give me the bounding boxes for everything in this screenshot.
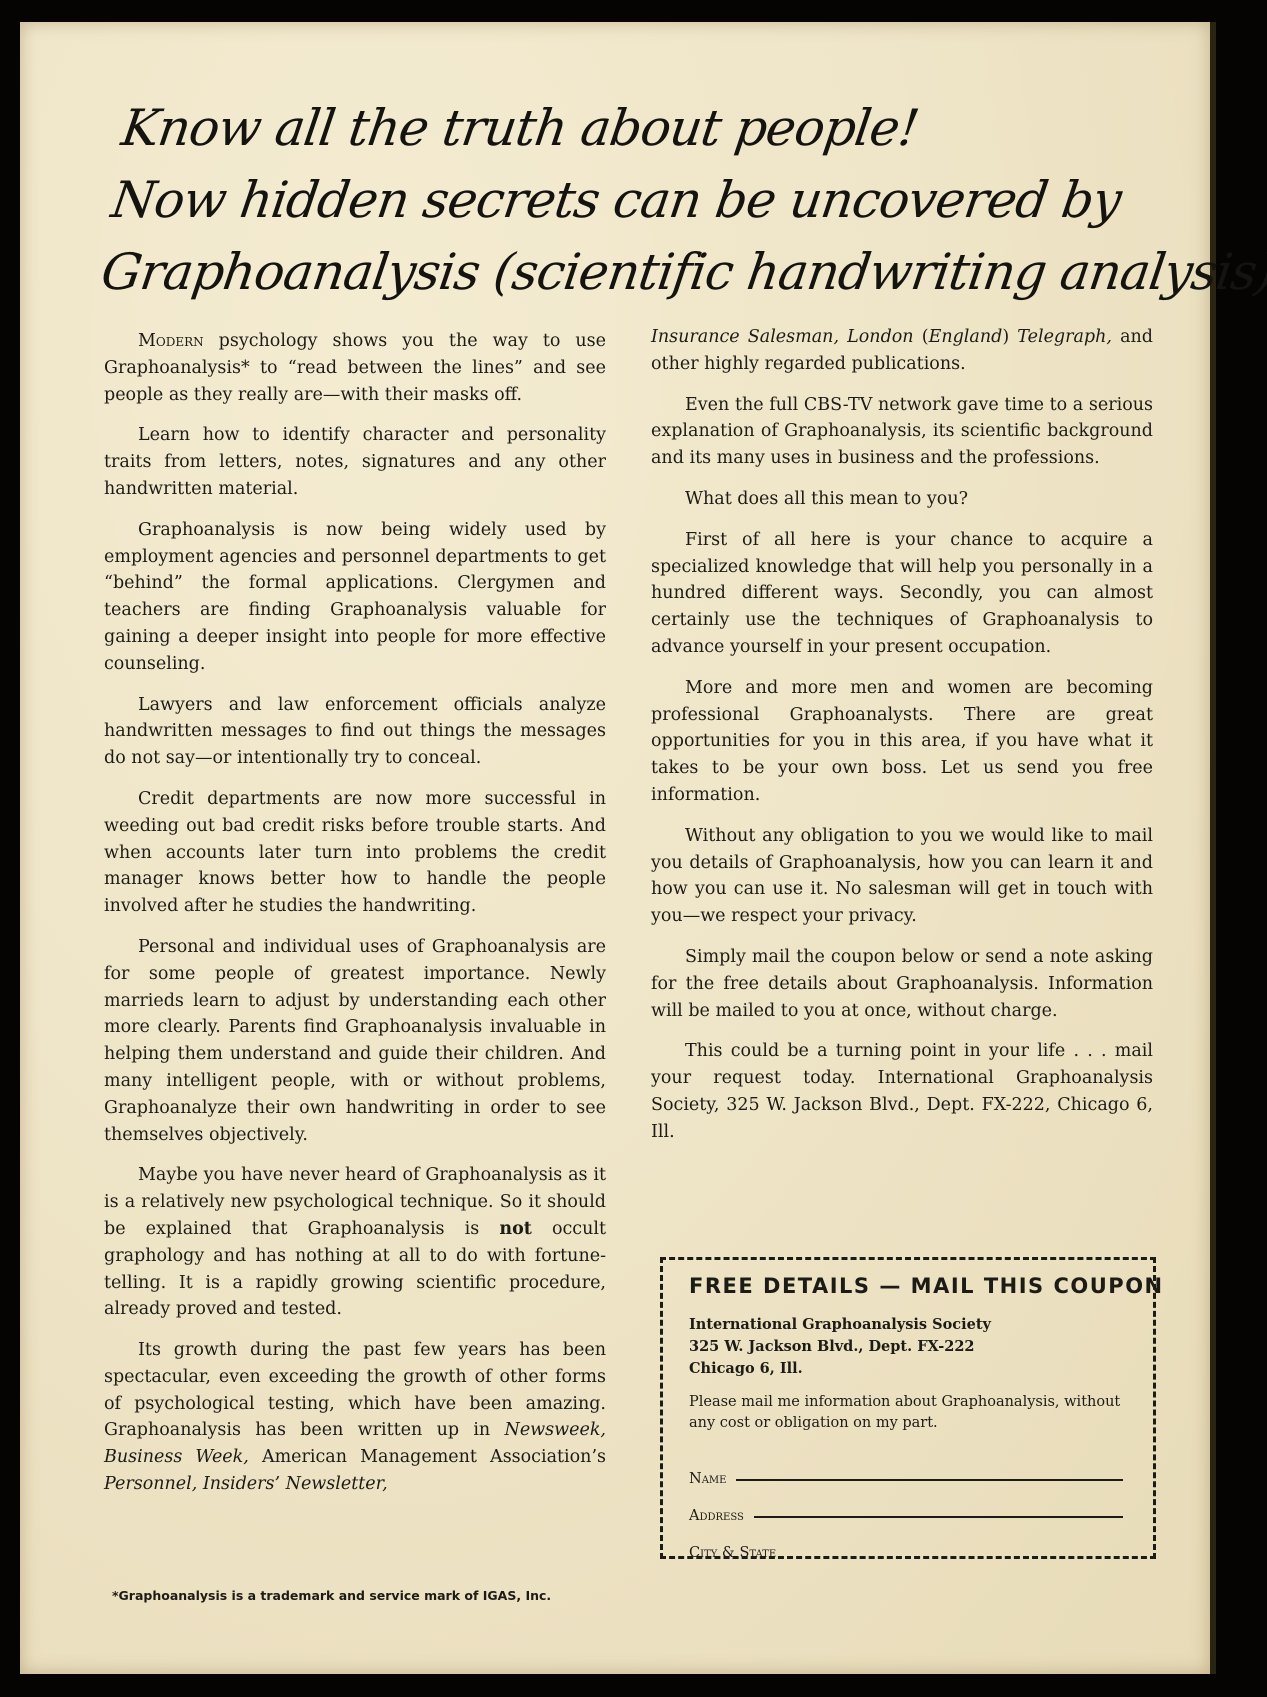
publication-name: Telegraph, [1017, 327, 1112, 347]
paragraph: Maybe you have never heard of Graphoanal… [104, 1162, 606, 1323]
headline-line-3: Graphoanalysis (scientific handwriting a… [97, 236, 1157, 308]
headline: Know all the truth about people! Now hid… [97, 92, 1177, 308]
right-column: Insurance Salesman, London (England) Tel… [651, 324, 1153, 1160]
paragraph: Even the full CBS-TV network gave time t… [651, 392, 1153, 472]
publication-name: Personnel, Insiders’ Newsletter, [104, 1474, 388, 1494]
name-input-line[interactable] [736, 1479, 1123, 1481]
headline-line-2: Now hidden secrets can be uncovered by [107, 164, 1167, 236]
paragraph: Insurance Salesman, London (England) Tel… [651, 324, 1153, 378]
mail-coupon: FREE DETAILS — MAIL THIS COUPON Internat… [660, 1257, 1156, 1559]
trademark-footnote: *Graphoanalysis is a trademark and servi… [112, 1588, 551, 1603]
paragraph: This could be a turning point in your li… [651, 1038, 1153, 1145]
paragraph: Learn how to identify character and pers… [104, 422, 606, 502]
publication-name: England [929, 327, 1003, 347]
publication-name: Insurance Salesman, London [651, 327, 914, 347]
emphasis: not [499, 1219, 531, 1239]
paragraph: Simply mail the coupon below or send a n… [651, 944, 1153, 1024]
paragraph: Personal and individual uses of Graphoan… [104, 934, 606, 1148]
paragraph: Lawyers and law enforcement officials an… [104, 692, 606, 772]
paragraph-text: American Management Association’s [249, 1447, 606, 1467]
address-label: Address [689, 1508, 744, 1524]
address-line: Chicago 6, Ill. [689, 1358, 1127, 1380]
address-line: 325 W. Jackson Blvd., Dept. FX-222 [689, 1336, 1127, 1358]
paragraph: First of all here is your chance to acqu… [651, 527, 1153, 661]
punct: ( [914, 327, 929, 347]
paragraph: More and more men and women are becoming… [651, 675, 1153, 809]
address-field[interactable]: Address [689, 1487, 1127, 1524]
coupon-address: International Graphoanalysis Society 325… [689, 1314, 1127, 1380]
paragraph: Credit departments are now more successf… [104, 786, 606, 920]
city-state-label: City & State [689, 1545, 776, 1561]
address-input-line[interactable] [754, 1516, 1123, 1518]
left-column: Modern psychology shows you the way to u… [104, 328, 606, 1512]
name-field[interactable]: Name [689, 1450, 1127, 1487]
paragraph: Without any obligation to you we would l… [651, 823, 1153, 930]
name-label: Name [689, 1471, 726, 1487]
paragraph: Graphoanalysis is now being widely used … [104, 517, 606, 678]
address-line: International Graphoanalysis Society [689, 1314, 1127, 1336]
punct: ) [1002, 327, 1017, 347]
coupon-title: FREE DETAILS — MAIL THIS COUPON [689, 1274, 1127, 1298]
paragraph: What does all this mean to you? [651, 486, 1153, 513]
city-state-field[interactable]: City & State [689, 1524, 1127, 1561]
paragraph: Its growth during the past few years has… [104, 1337, 606, 1498]
coupon-message: Please mail me information about Graphoa… [689, 1392, 1127, 1434]
headline-line-1: Know all the truth about people! [117, 92, 1177, 164]
lead-word: Modern [138, 331, 204, 351]
paragraph: Modern psychology shows you the way to u… [104, 328, 606, 408]
